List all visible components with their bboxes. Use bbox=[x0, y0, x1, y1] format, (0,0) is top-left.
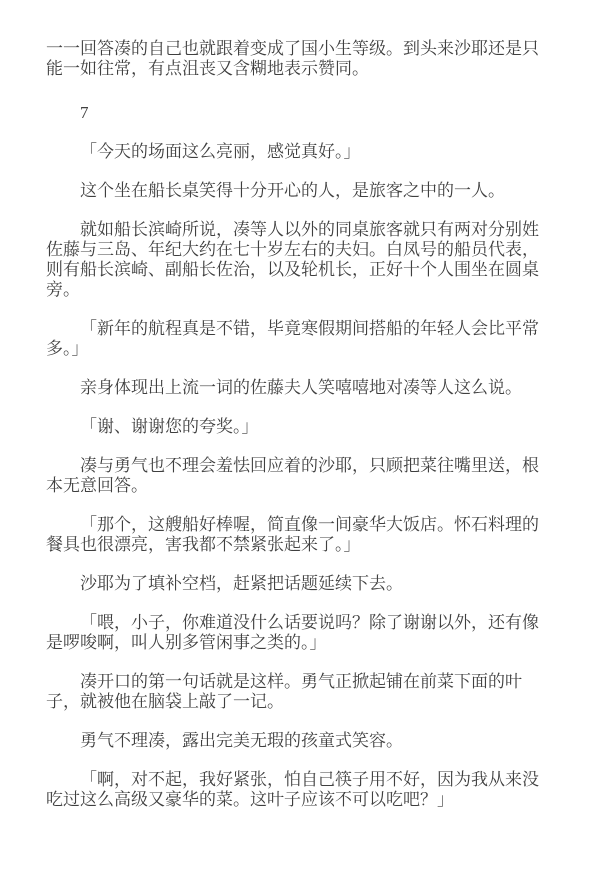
paragraph-body: 就如船长滨崎所说，凑等人以外的同桌旅客就只有两对分别姓佐藤与三岛、年纪大约在七十… bbox=[46, 220, 542, 300]
paragraph-dialogue: 「啊，对不起，我好紧张，怕自己筷子用不好，因为我从来没吃过这么高级又豪华的菜。这… bbox=[46, 770, 542, 810]
paragraph-body: 凑与勇气也不理会羞怯回应着的沙耶，只顾把菜往嘴里送，根本无意回答。 bbox=[46, 456, 542, 496]
paragraph-dialogue: 「新年的航程真是不错，毕竟寒假期间搭船的年轻人会比平常多。」 bbox=[46, 319, 542, 359]
paragraph-dialogue: 「今天的场面这么亮丽，感觉真好。」 bbox=[46, 142, 542, 162]
paragraph-body: 亲身体现出上流一词的佐藤夫人笑嘻嘻地对凑等人这么说。 bbox=[46, 378, 542, 398]
paragraph-body: 沙耶为了填补空档，赶紧把话题延续下去。 bbox=[46, 574, 542, 594]
paragraph-body: 勇气不理凑，露出完美无瑕的孩童式笑容。 bbox=[46, 731, 542, 751]
paragraph-dialogue: 「谢、谢谢您的夸奖。」 bbox=[46, 417, 542, 437]
paragraph-section-number: 7 bbox=[46, 103, 542, 123]
paragraph-body: 这个坐在船长桌笑得十分开心的人，是旅客之中的一人。 bbox=[46, 181, 542, 201]
paragraph-dialogue: 「喂，小子，你难道没什么话要说吗？除了谢谢以外，还有像是啰唆啊，叫人别多管闲事之… bbox=[46, 613, 542, 653]
page-content: 一一回答凑的自己也就跟着变成了国小生等级。到头来沙耶还是只能一如往常，有点沮丧又… bbox=[46, 39, 542, 810]
paragraph-body: 凑开口的第一句话就是这样。勇气正掀起铺在前菜下面的叶子，就被他在脑袋上敲了一记。 bbox=[46, 672, 542, 712]
paragraph-dialogue: 「那个，这艘船好棒喔，简直像一间豪华大饭店。怀石料理的餐具也很漂亮，害我都不禁紧… bbox=[46, 515, 542, 555]
paragraph-body-continuation: 一一回答凑的自己也就跟着变成了国小生等级。到头来沙耶还是只能一如往常，有点沮丧又… bbox=[46, 39, 542, 79]
novel-page: 一一回答凑的自己也就跟着变成了国小生等级。到头来沙耶还是只能一如往常，有点沮丧又… bbox=[0, 0, 613, 869]
